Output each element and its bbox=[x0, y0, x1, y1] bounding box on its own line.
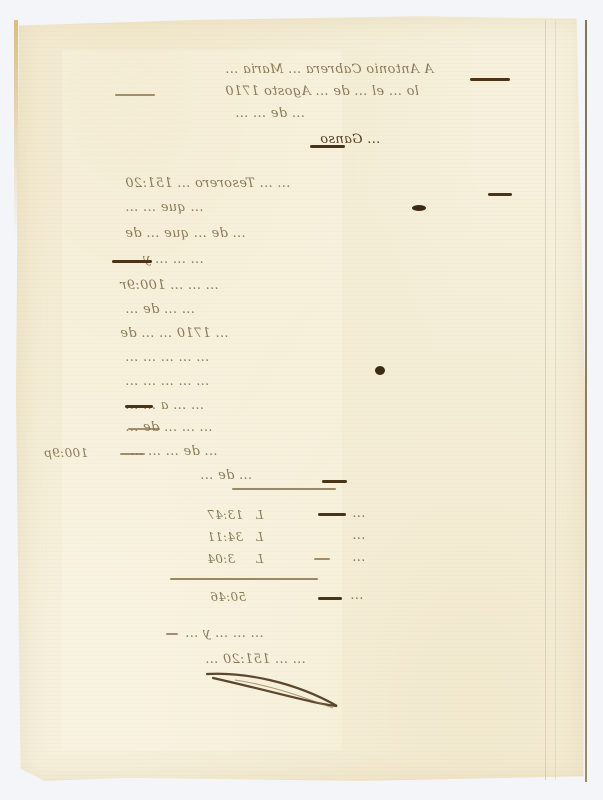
closing-line: ... ... ... y ... bbox=[185, 626, 264, 641]
closing-line: ... ... 151:20 ... bbox=[205, 652, 306, 667]
ledger-total-value: 50:46 bbox=[210, 590, 246, 604]
signature-flourish-icon bbox=[205, 670, 345, 715]
margin-note-amount: 100:9p bbox=[44, 446, 88, 460]
page-edge-stain bbox=[14, 20, 18, 240]
ledger-label: ... bbox=[352, 550, 365, 565]
ink-dash bbox=[314, 558, 330, 560]
ink-dash bbox=[128, 428, 160, 430]
ink-dash bbox=[166, 633, 178, 635]
ink-dash bbox=[310, 145, 345, 148]
ink-dash bbox=[318, 597, 342, 600]
ledger-total-label: ... bbox=[350, 588, 363, 603]
body-line: ... ... ... 100:9r bbox=[120, 278, 219, 293]
ink-dash bbox=[470, 78, 510, 81]
ink-dash bbox=[322, 480, 347, 483]
ledger-value: 34:11 bbox=[207, 530, 243, 544]
header-line: A Antonio Cabrera ... Maria ... bbox=[225, 62, 433, 77]
page-edge-shadow bbox=[585, 20, 587, 782]
ledger-value: 13:47 bbox=[207, 508, 243, 522]
ledger-heading: ... de ... bbox=[200, 468, 252, 483]
body-line: ... ... de ... bbox=[125, 302, 195, 317]
ledger-label: ... bbox=[352, 528, 365, 543]
ink-dash bbox=[112, 260, 152, 263]
ledger-total-rule bbox=[170, 578, 318, 580]
ink-dash bbox=[120, 453, 145, 455]
ledger-label: ... bbox=[352, 506, 365, 521]
ink-dash bbox=[318, 513, 346, 516]
paper-crease bbox=[545, 20, 546, 780]
ink-dash bbox=[115, 94, 155, 96]
body-line: ... de ... que ... de bbox=[125, 226, 246, 241]
ledger-unit: L bbox=[255, 552, 263, 566]
body-line: ... ... Tesorero ... 151:20 bbox=[125, 176, 290, 191]
header-line: lo ... el ... de ... Agosto 1710 bbox=[225, 84, 419, 99]
body-line: ... de ... ... ... bbox=[130, 444, 218, 459]
ledger-rule bbox=[232, 488, 336, 490]
paper-crease bbox=[555, 20, 556, 780]
ledger-unit: L bbox=[255, 508, 263, 522]
body-line: ... ... ... ... ... bbox=[125, 374, 209, 389]
ink-blot bbox=[375, 366, 385, 375]
body-line: ... ... ... ... ... bbox=[125, 350, 209, 365]
body-line: ... 1710 ... ... de bbox=[120, 326, 229, 341]
ledger-unit: L bbox=[255, 530, 263, 544]
ink-dash bbox=[488, 193, 512, 196]
ink-blot bbox=[412, 205, 426, 211]
body-line: ... que ... ... bbox=[125, 200, 203, 215]
header-line: ... de ... ... bbox=[235, 106, 305, 121]
ink-dash bbox=[125, 405, 153, 408]
ledger-value: 3:04 bbox=[207, 552, 235, 566]
